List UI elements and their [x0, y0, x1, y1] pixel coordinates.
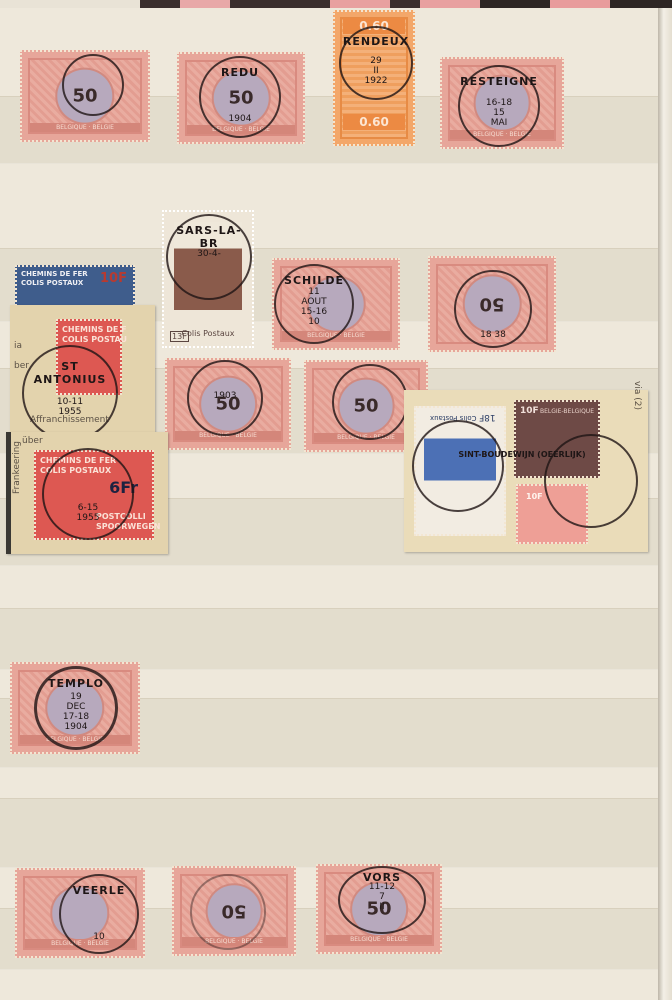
stamp-railway-50[interactable]: BELGIQUE · BELGIE SCHILDE 11 AOUT 15-16 … [272, 258, 400, 350]
album-strip [0, 608, 658, 670]
stamp-railway-50[interactable]: BELGIQUE · BELGIE TEMPLO 19 DEC 17-18 19… [10, 662, 140, 754]
postmark: REDU 1904 [199, 56, 281, 138]
postmark: 1903 [187, 360, 263, 436]
stamp-on-piece[interactable]: ia ber Affranchissement CHEMINS DE F COL… [10, 305, 155, 435]
postmark: SARS-LA-BR 30-4- [166, 214, 252, 300]
album-strip [0, 798, 658, 868]
stamp-railway-50[interactable]: 50 BELGIQUE · BELGIE [20, 50, 150, 142]
postmark [62, 54, 124, 116]
stamp-railway-50[interactable]: BELGIQUE · BELGIE RESTEIGNE 16-18 15 MAI [440, 57, 564, 149]
postmark: VEERLE 10 [59, 874, 139, 954]
postmark: RENDEUX 29 II 1922 [339, 26, 413, 100]
stamp-group-on-piece[interactable]: via (2) Colis Postaux 18F 10F BELGIE-BEL… [404, 390, 648, 552]
postmark: 18 38 [454, 270, 532, 348]
postmark: ST ANTONIUS 10-11 1955 [22, 345, 118, 441]
postmark [190, 874, 266, 950]
postmark: TEMPLO 19 DEC 17-18 1904 [34, 666, 118, 750]
postmark: 6-15 1955 [42, 448, 134, 540]
stamp-railway-50-inverted[interactable]: 50 BELGIQUE · BELGIE [172, 866, 296, 956]
album-top-edge [0, 0, 672, 8]
stamp-railway-50-inverted[interactable]: 50 18 38 [428, 256, 556, 352]
stamp-parcel-blue-10f[interactable]: CHEMINS DE FER COLIS POSTAUX 10F [15, 265, 135, 309]
stamp-on-piece[interactable]: über Frankeering CHEMINS DE FER COLIS PO… [6, 432, 168, 554]
stamp-parcel-brown-13f[interactable]: Colis Postaux 13F SARS-LA-BR 30-4- [162, 210, 254, 348]
stamp-railway-50[interactable]: 50 BELGIQUE · BELGIE VORS 11-12 7 II [316, 864, 442, 954]
postmark [412, 420, 504, 512]
stamp-railway-orange-0.60[interactable]: 0.60 0.60 RENDEUX 29 II 1922 [333, 10, 415, 146]
postmark [544, 434, 638, 528]
album-binding-edge [658, 8, 672, 1000]
postmark: RESTEIGNE 16-18 15 MAI [458, 65, 540, 147]
stamp-railway-50[interactable]: BELGIQUE · BELGIE VEERLE 10 [15, 868, 145, 958]
postmark: SCHILDE 11 AOUT 15-16 10 [274, 264, 354, 344]
stamp-railway-50[interactable]: 50 BELGIQUE · BELGIE REDU 1904 [177, 52, 305, 144]
stamp-railway-50[interactable]: 50 BELGIQUE · BELGIE 1903 [165, 358, 291, 450]
postmark: VORS 11-12 7 II [338, 866, 426, 934]
postmark [332, 364, 408, 440]
